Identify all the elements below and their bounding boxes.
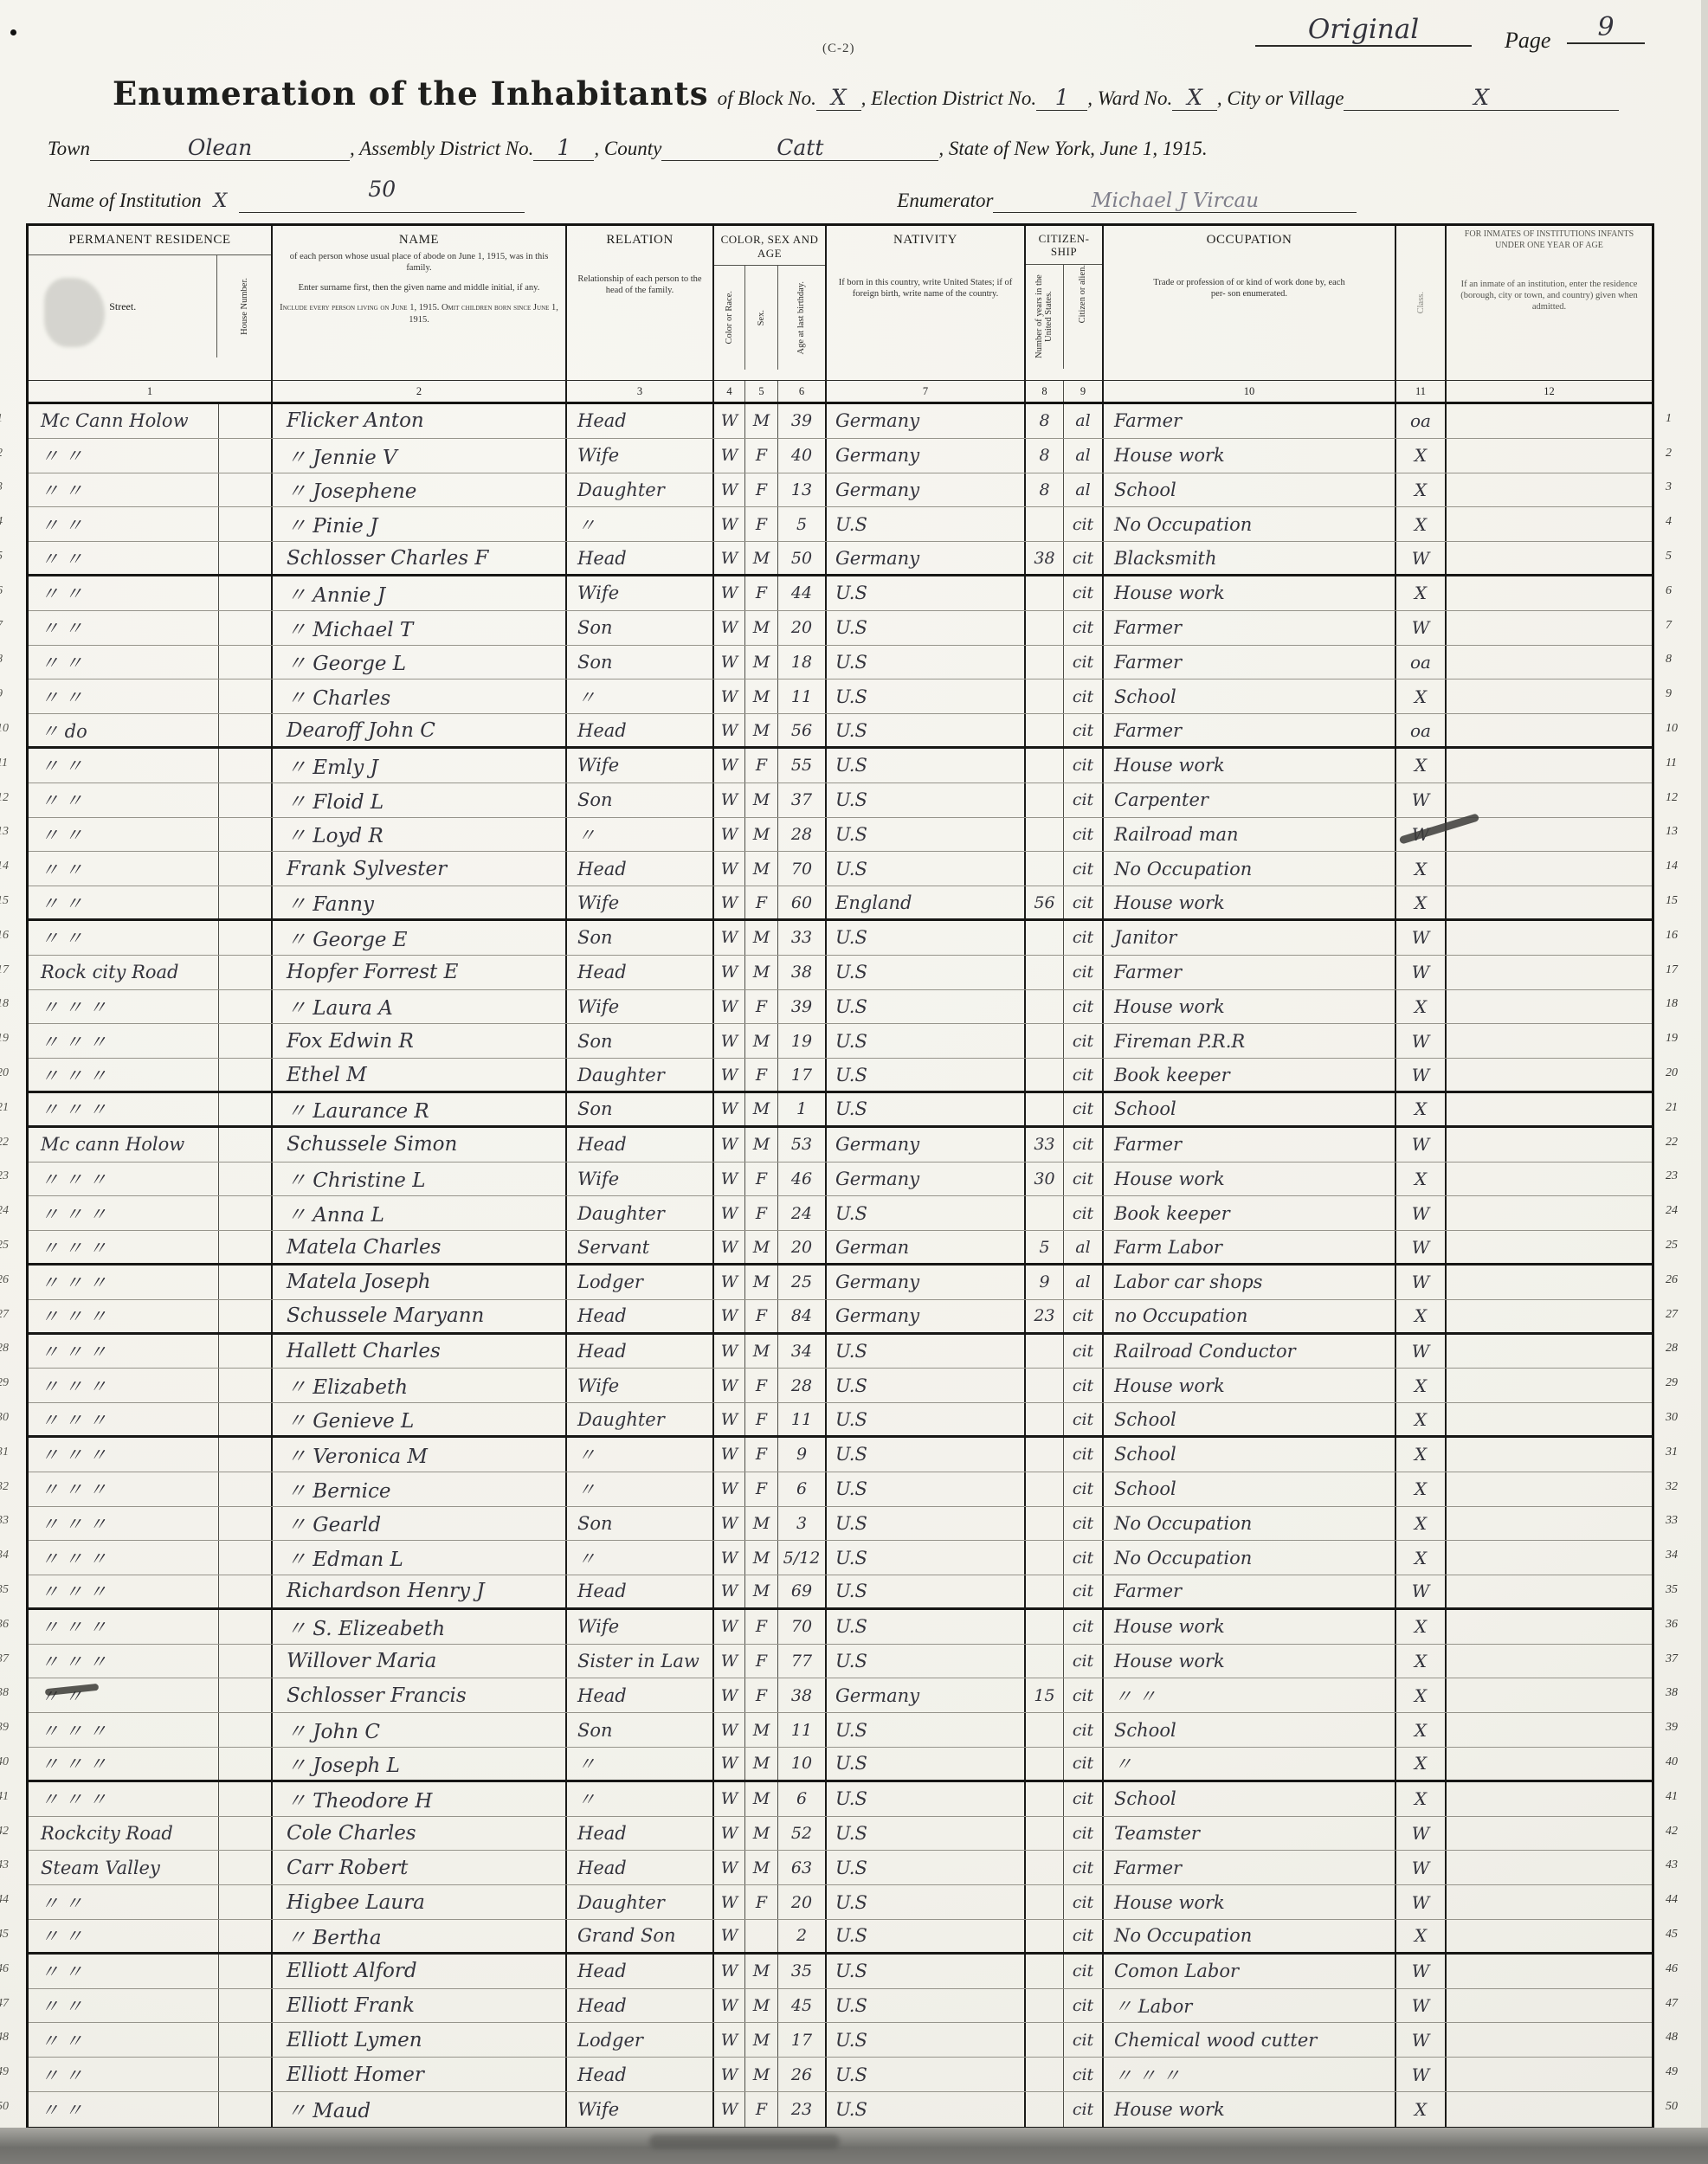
cell-color: W	[714, 404, 745, 438]
cell-relation: Son	[567, 1507, 714, 1541]
table-row: 〃 〃 Elliott Alford Head W M 35 U.S cit C…	[29, 1955, 1652, 1989]
cell-relation: Son	[567, 646, 714, 679]
cell-sex: M	[745, 956, 778, 989]
cell-color: W	[714, 714, 745, 746]
row-number-right: 47	[1660, 1987, 1690, 2021]
cell-relation: 〃	[567, 1782, 714, 1816]
row-number-right: 49	[1660, 2055, 1690, 2090]
cell-sex: F	[745, 576, 778, 610]
table-row: 〃 〃 〃 Bertha Grand Son W 2 U.S cit No Oc…	[29, 1920, 1652, 1955]
block-blank: X	[816, 85, 861, 111]
cell-color: W	[714, 1128, 745, 1162]
cell-house-number	[219, 542, 273, 574]
cell-occupation: Farmer	[1104, 1851, 1396, 1884]
table-row: 〃 〃 〃 Michael T Son W M 20 U.S cit Farme…	[29, 611, 1652, 646]
cell-years-in-us	[1026, 818, 1064, 852]
cell-citizen-alien: cit	[1064, 1369, 1104, 1402]
cell-sex: M	[745, 921, 778, 955]
cell-citizen-alien: cit	[1064, 2023, 1104, 2057]
cell-age: 39	[778, 404, 827, 438]
cell-nativity: U.S	[827, 1196, 1026, 1230]
row-number-right: 18	[1660, 988, 1690, 1022]
cell-nativity: U.S	[827, 679, 1026, 713]
row-number-left: 38	[0, 1676, 24, 1710]
cell-name: 〃 Joseph L	[273, 1748, 567, 1780]
cell-inmates	[1447, 2023, 1652, 2057]
cell-nativity: U.S	[827, 783, 1026, 817]
row-number-left: 15	[0, 884, 24, 918]
cell-color: W	[714, 2023, 745, 2057]
cell-age: 39	[778, 990, 827, 1024]
row-number-left: 39	[0, 1710, 24, 1745]
cell-occupation: 〃 〃	[1104, 1678, 1396, 1712]
cell-age: 69	[778, 1575, 827, 1607]
cell-street: 〃 〃	[29, 1955, 219, 1988]
cell-street: 〃 〃	[29, 646, 219, 679]
cell-citizen-alien: cit	[1064, 1748, 1104, 1780]
col-occupation: OCCUPATION Trade or profession of or kin…	[1104, 226, 1396, 380]
row-number-right: 48	[1660, 2020, 1690, 2055]
cell-class-mark: W	[1396, 2058, 1447, 2091]
cell-nativity: U.S	[827, 1059, 1026, 1091]
cell-years-in-us	[1026, 1885, 1064, 1919]
cell-years-in-us: 38	[1026, 542, 1064, 574]
cell-occupation: House work	[1104, 1610, 1396, 1644]
cell-occupation: 〃	[1104, 1748, 1396, 1780]
table-row: 〃 〃 〃 Emly J Wife W F 55 U.S cit House w…	[29, 749, 1652, 783]
row-number-right: 1	[1660, 402, 1690, 436]
cell-sex	[745, 1920, 778, 1952]
cell-age: 2	[778, 1920, 827, 1952]
cell-street: 〃 〃	[29, 818, 219, 852]
cell-age: 38	[778, 956, 827, 989]
cell-name: Carr Robert	[273, 1851, 567, 1884]
cell-relation: Lodger	[567, 1266, 714, 1299]
cell-nativity: U.S	[827, 1403, 1026, 1435]
cell-color: W	[714, 1403, 745, 1435]
cell-relation: Daughter	[567, 1403, 714, 1435]
cell-inmates	[1447, 956, 1652, 989]
cell-years-in-us	[1026, 576, 1064, 610]
cell-inmates	[1447, 1920, 1652, 1952]
cell-name: Willover Maria	[273, 1645, 567, 1678]
row-number-right: 23	[1660, 1160, 1690, 1195]
cell-occupation: School	[1104, 1438, 1396, 1472]
cell-color: W	[714, 1438, 745, 1472]
cell-relation: Wife	[567, 576, 714, 610]
cell-relation: Head	[567, 542, 714, 574]
cell-sex: M	[745, 542, 778, 574]
cell-street: 〃 〃 〃	[29, 1300, 219, 1332]
cell-house-number	[219, 1266, 273, 1299]
cell-age: 60	[778, 886, 827, 918]
cell-relation: Wife	[567, 1610, 714, 1644]
cell-occupation: Chemical wood cutter	[1104, 2023, 1396, 2057]
cell-street: 〃 〃 〃	[29, 1196, 219, 1230]
row-number-right: 6	[1660, 574, 1690, 609]
cell-name: 〃 Charles	[273, 679, 567, 713]
enumerator-signature: Michael J Vircau	[1092, 190, 1259, 212]
table-row: Mc cann Holow Schussele Simon Head W M 5…	[29, 1128, 1652, 1163]
cell-age: 17	[778, 2023, 827, 2057]
cell-street: 〃 〃 〃	[29, 1059, 219, 1091]
cell-color: W	[714, 611, 745, 645]
row-number-left: 37	[0, 1642, 24, 1677]
cell-citizen-alien: cit	[1064, 1300, 1104, 1332]
cell-name: 〃 Annie J	[273, 576, 567, 610]
cell-street: 〃 〃	[29, 921, 219, 955]
cell-color: W	[714, 1300, 745, 1332]
row-number-left: 43	[0, 1848, 24, 1883]
cell-name: 〃 Genieve L	[273, 1403, 567, 1435]
row-number-right: 33	[1660, 1504, 1690, 1539]
cell-nativity: U.S	[827, 1024, 1026, 1058]
cell-years-in-us	[1026, 921, 1064, 955]
cell-inmates	[1447, 1231, 1652, 1263]
cell-inmates	[1447, 1196, 1652, 1230]
cell-house-number	[219, 852, 273, 886]
cell-age: 20	[778, 1885, 827, 1919]
cell-street: 〃 〃 〃	[29, 1093, 219, 1125]
cell-street: 〃 〃 〃	[29, 1507, 219, 1541]
cell-sex: M	[745, 611, 778, 645]
page-number: 9	[1597, 12, 1614, 42]
cell-name: Ethel M	[273, 1059, 567, 1091]
cell-citizen-alien: cit	[1064, 611, 1104, 645]
cell-years-in-us	[1026, 1507, 1064, 1541]
town-line: Town Olean , Assembly District No. 1 , C…	[48, 135, 1606, 161]
cell-occupation: House work	[1104, 576, 1396, 610]
cell-nativity: German	[827, 1231, 1026, 1263]
cell-citizen-alien: cit	[1064, 1817, 1104, 1851]
cell-sex: F	[745, 1610, 778, 1644]
class-subheader: Class.	[1416, 292, 1426, 313]
row-number-left: 28	[0, 1332, 24, 1367]
cell-citizen-alien: cit	[1064, 1403, 1104, 1435]
cell-inmates	[1447, 921, 1652, 955]
cell-occupation: 〃 〃 〃	[1104, 2058, 1396, 2091]
ed-label: , Election District No.	[861, 87, 1037, 110]
cell-name: 〃 George E	[273, 921, 567, 955]
cell-street: Rock city Road	[29, 956, 219, 989]
cell-age: 84	[778, 1300, 827, 1332]
colnum-12: 12	[1447, 381, 1652, 402]
cell-years-in-us: 8	[1026, 404, 1064, 438]
cell-years-in-us: 9	[1026, 1266, 1064, 1299]
table-header: PERMANENT RESIDENCE Street. House Number…	[29, 226, 1652, 381]
cell-class-mark: W	[1396, 783, 1447, 817]
cell-citizen-alien: al	[1064, 1266, 1104, 1299]
ward-blank: X	[1172, 85, 1217, 111]
table-row: 〃 〃 Elliott Lymen Lodger W M 17 U.S cit …	[29, 2023, 1652, 2058]
cell-sex: M	[745, 646, 778, 679]
cell-inmates	[1447, 646, 1652, 679]
cell-relation: Daughter	[567, 1885, 714, 1919]
row-number-right: 42	[1660, 1814, 1690, 1849]
cell-citizen-alien: cit	[1064, 646, 1104, 679]
cell-years-in-us: 33	[1026, 1128, 1064, 1162]
colnum-6: 6	[778, 381, 827, 402]
cell-color: W	[714, 439, 745, 473]
cell-sex: M	[745, 1989, 778, 2023]
cell-name: 〃 Gearld	[273, 1507, 567, 1541]
cell-name: 〃 Laurance R	[273, 1093, 567, 1125]
cell-class-mark: X	[1396, 749, 1447, 783]
table-row: 〃 〃 〃 〃 Gearld Son W M 3 U.S cit No Occu…	[29, 1507, 1652, 1542]
cell-age: 19	[778, 1024, 827, 1058]
cell-inmates	[1447, 1851, 1652, 1884]
row-number-left: 11	[0, 746, 24, 781]
institution-line: Name of Institution X 50 Enumerator Mich…	[48, 187, 1658, 213]
cell-class-mark: X	[1396, 1713, 1447, 1747]
cell-street: 〃 〃 〃	[29, 1024, 219, 1058]
cell-nativity: U.S	[827, 1645, 1026, 1678]
cell-color: W	[714, 1989, 745, 2023]
cell-name: Matela Joseph	[273, 1266, 567, 1299]
cell-occupation: House work	[1104, 1369, 1396, 1402]
cell-house-number	[219, 1231, 273, 1263]
cell-relation: Lodger	[567, 2023, 714, 2057]
cell-sex: F	[745, 1403, 778, 1435]
table-row: 〃 〃 〃 〃 Anna L Daughter W F 24 U.S cit B…	[29, 1196, 1652, 1231]
cell-years-in-us	[1026, 714, 1064, 746]
cell-class-mark: W	[1396, 1885, 1447, 1919]
cell-class-mark: X	[1396, 1645, 1447, 1678]
cell-occupation: Book keeper	[1104, 1059, 1396, 1091]
row-number-right: 20	[1660, 1056, 1690, 1091]
cell-house-number	[219, 1472, 273, 1506]
cell-citizen-alien: cit	[1064, 783, 1104, 817]
cell-house-number	[219, 1713, 273, 1747]
row-number-right: 17	[1660, 953, 1690, 988]
cell-sex: F	[745, 990, 778, 1024]
table-row: Mc Cann Holow Flicker Anton Head W M 39 …	[29, 404, 1652, 439]
cell-citizen-alien: cit	[1064, 921, 1104, 955]
row-number-right: 21	[1660, 1091, 1690, 1125]
row-number-left: 49	[0, 2055, 24, 2090]
cell-citizen-alien: al	[1064, 473, 1104, 507]
cell-class-mark: W	[1396, 1817, 1447, 1851]
cell-relation: 〃	[567, 1748, 714, 1780]
cell-inmates	[1447, 611, 1652, 645]
cell-nativity: U.S	[827, 1335, 1026, 1369]
cell-age: 37	[778, 783, 827, 817]
row-number-left: 22	[0, 1125, 24, 1160]
cell-occupation: School	[1104, 1093, 1396, 1125]
cell-name: 〃 Christine L	[273, 1163, 567, 1196]
cell-house-number	[219, 1817, 273, 1851]
scan-bottom-band	[0, 2128, 1708, 2164]
cell-age: 40	[778, 439, 827, 473]
cell-citizen-alien: cit	[1064, 1782, 1104, 1816]
cell-age: 50	[778, 542, 827, 574]
cell-years-in-us	[1026, 1196, 1064, 1230]
cell-nativity: U.S	[827, 1713, 1026, 1747]
county-label: , County	[594, 138, 661, 160]
cell-nativity: U.S	[827, 818, 1026, 852]
cell-inmates	[1447, 1713, 1652, 1747]
cell-class-mark: X	[1396, 1610, 1447, 1644]
cell-age: 77	[778, 1645, 827, 1678]
table-row: 〃 〃 〃 〃 Veronica M 〃 W F 9 U.S cit Schoo…	[29, 1438, 1652, 1472]
cell-class-mark: W	[1396, 1266, 1447, 1299]
cell-nativity: U.S	[827, 2092, 1026, 2127]
cell-citizen-alien: cit	[1064, 956, 1104, 989]
row-number-left: 4	[0, 505, 24, 539]
cell-sex: F	[745, 439, 778, 473]
cell-nativity: U.S	[827, 921, 1026, 955]
cell-occupation: Labor car shops	[1104, 1266, 1396, 1299]
cell-name: 〃 Pinie J	[273, 507, 567, 541]
row-number-left: 14	[0, 849, 24, 884]
cell-class-mark: W	[1396, 542, 1447, 574]
cell-color: W	[714, 576, 745, 610]
cell-inmates	[1447, 1163, 1652, 1196]
cell-relation: Head	[567, 1851, 714, 1884]
cell-sex: M	[745, 1231, 778, 1263]
row-number-right: 45	[1660, 1917, 1690, 1952]
cell-street: 〃 〃	[29, 2092, 219, 2127]
col-citizenship: CITIZEN- SHIP Number of years in the Uni…	[1026, 226, 1104, 380]
cell-name: Schussele Maryann	[273, 1300, 567, 1332]
cell-occupation: Farmer	[1104, 1575, 1396, 1607]
cell-nativity: U.S	[827, 714, 1026, 746]
cell-inmates	[1447, 1369, 1652, 1402]
cell-color: W	[714, 1196, 745, 1230]
cell-name: Hallett Charles	[273, 1335, 567, 1369]
cell-relation: Head	[567, 1335, 714, 1369]
row-number-right: 22	[1660, 1125, 1690, 1160]
row-number-right: 30	[1660, 1401, 1690, 1435]
row-number-right: 28	[1660, 1332, 1690, 1367]
cell-occupation: School	[1104, 1472, 1396, 1506]
cell-sex: M	[745, 1575, 778, 1607]
cell-occupation: House work	[1104, 439, 1396, 473]
cell-nativity: U.S	[827, 611, 1026, 645]
cell-occupation: Blacksmith	[1104, 542, 1396, 574]
table-row: 〃 〃 〃 George L Son W M 18 U.S cit Farmer…	[29, 646, 1652, 680]
cell-street: 〃 〃	[29, 749, 219, 783]
cell-class-mark: W	[1396, 1851, 1447, 1884]
cell-relation: Head	[567, 1989, 714, 2023]
cell-street: 〃 do	[29, 714, 219, 746]
cell-age: 3	[778, 1507, 827, 1541]
table-row: 〃 〃 〃 Jennie V Wife W F 40 Germany 8 al …	[29, 439, 1652, 473]
name-sub2: Enter surname first, then the given name…	[273, 279, 565, 293]
cell-age: 46	[778, 1163, 827, 1196]
cell-relation: Daughter	[567, 1059, 714, 1091]
cell-color: W	[714, 2092, 745, 2127]
cell-age: 70	[778, 852, 827, 886]
cell-name: Schlosser Charles F	[273, 542, 567, 574]
cell-sex: M	[745, 1713, 778, 1747]
row-number-right: 36	[1660, 1607, 1690, 1642]
cell-inmates	[1447, 1128, 1652, 1162]
cell-years-in-us	[1026, 783, 1064, 817]
row-number-right: 7	[1660, 609, 1690, 643]
table-row: 〃 〃 〃 Ethel M Daughter W F 17 U.S cit Bo…	[29, 1059, 1652, 1093]
cell-color: W	[714, 1507, 745, 1541]
cell-inmates	[1447, 1541, 1652, 1575]
cell-relation: 〃	[567, 818, 714, 852]
cell-street: 〃 〃	[29, 886, 219, 918]
cell-years-in-us	[1026, 507, 1064, 541]
cell-name: 〃 George L	[273, 646, 567, 679]
house-number-subheader: House Number.	[240, 278, 249, 335]
cell-class-mark: X	[1396, 2092, 1447, 2127]
cell-years-in-us	[1026, 749, 1064, 783]
cell-house-number	[219, 1955, 273, 1988]
cell-inmates	[1447, 404, 1652, 438]
cell-years-in-us	[1026, 611, 1064, 645]
cell-citizen-alien: cit	[1064, 1507, 1104, 1541]
colnum-10: 10	[1104, 381, 1396, 402]
row-number-left: 2	[0, 436, 24, 471]
county-blank: Catt	[661, 135, 938, 161]
cell-street: 〃 〃 〃	[29, 1610, 219, 1644]
cell-class-mark: W	[1396, 1575, 1447, 1607]
cell-street: 〃 〃	[29, 852, 219, 886]
row-number-right: 41	[1660, 1780, 1690, 1814]
row-number-right: 19	[1660, 1021, 1690, 1056]
cell-inmates	[1447, 1885, 1652, 1919]
cell-age: 35	[778, 1955, 827, 1988]
cell-name: 〃 Floid L	[273, 783, 567, 817]
row-number-left: 50	[0, 2090, 24, 2124]
cell-nativity: U.S	[827, 1748, 1026, 1780]
cell-years-in-us	[1026, 1782, 1064, 1816]
occupation-sub: Trade or profession of or kind of work d…	[1104, 277, 1395, 299]
cell-age: 24	[778, 1196, 827, 1230]
cell-occupation: Carpenter	[1104, 783, 1396, 817]
cell-sex: F	[745, 1645, 778, 1678]
table-row: 〃 〃 〃 Annie J Wife W F 44 U.S cit House …	[29, 576, 1652, 611]
cell-class-mark: W	[1396, 1335, 1447, 1369]
cell-citizen-alien: cit	[1064, 1955, 1104, 1988]
cell-relation: Son	[567, 1093, 714, 1125]
cell-citizen-alien: cit	[1064, 990, 1104, 1024]
ad-label: , Assembly District No.	[350, 138, 533, 160]
cell-color: W	[714, 2058, 745, 2091]
cell-color: W	[714, 1541, 745, 1575]
cell-house-number	[219, 611, 273, 645]
cell-color: W	[714, 1885, 745, 1919]
cell-age: 13	[778, 473, 827, 507]
cell-citizen-alien: cit	[1064, 542, 1104, 574]
cell-age: 28	[778, 1369, 827, 1402]
cell-nativity: Germany	[827, 439, 1026, 473]
cell-citizen-alien: cit	[1064, 2058, 1104, 2091]
cell-name: 〃 Michael T	[273, 611, 567, 645]
cell-color: W	[714, 1782, 745, 1816]
cell-house-number	[219, 990, 273, 1024]
cell-citizen-alien: cit	[1064, 1713, 1104, 1747]
cell-age: 23	[778, 2092, 827, 2127]
census-table: PERMANENT RESIDENCE Street. House Number…	[26, 223, 1654, 2129]
cell-inmates	[1447, 1266, 1652, 1299]
row-number-right: 9	[1660, 677, 1690, 712]
cell-age: 70	[778, 1610, 827, 1644]
cell-inmates	[1447, 1782, 1652, 1816]
cell-sex: F	[745, 1678, 778, 1712]
cell-age: 33	[778, 921, 827, 955]
cell-house-number	[219, 1851, 273, 1884]
row-number-left: 12	[0, 781, 24, 815]
cell-relation: 〃	[567, 1541, 714, 1575]
cell-class-mark: X	[1396, 507, 1447, 541]
relation-sub: Relationship of each person to the head …	[567, 270, 712, 296]
cell-relation: Head	[567, 1128, 714, 1162]
